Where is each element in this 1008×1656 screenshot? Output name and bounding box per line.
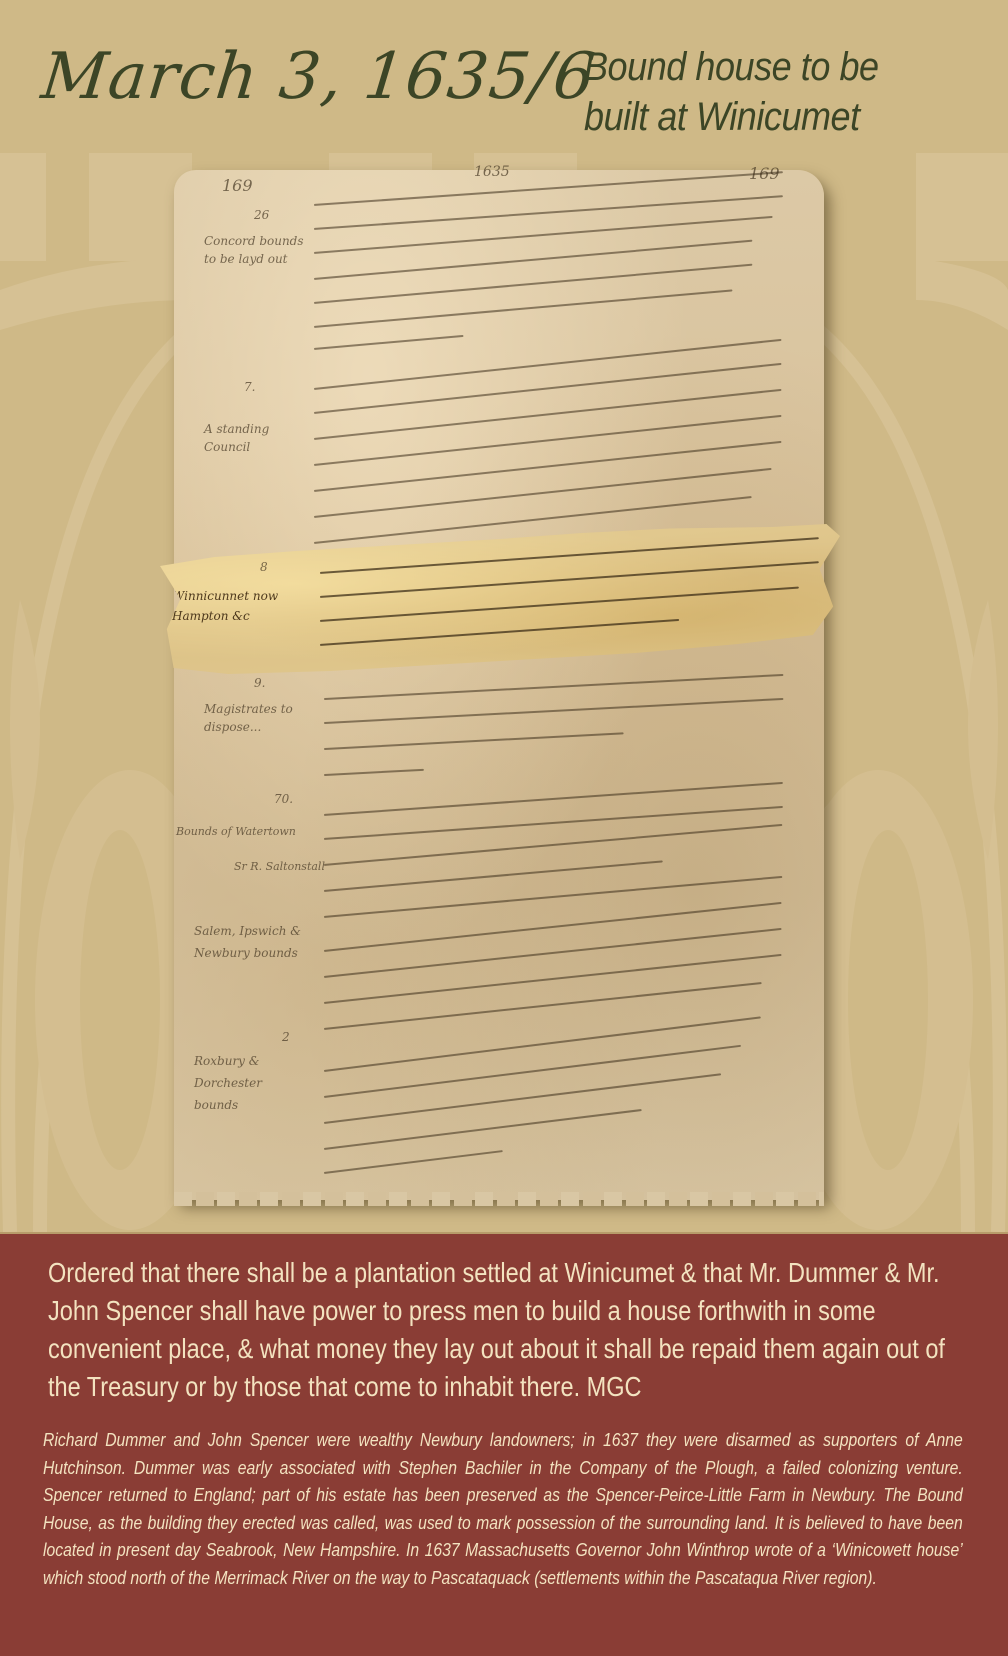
margin-note: Bounds of Watertown xyxy=(176,825,296,838)
margin-note: Sr R. Saltonstall xyxy=(234,860,325,873)
margin-number: 26 xyxy=(254,208,269,222)
page-number-left: 169 xyxy=(222,176,253,195)
margin-note-winnicunnet: Winnicunnet now Hampton &c xyxy=(172,586,292,626)
manuscript-page: 169 1635 169 26 Concord bounds to be lay… xyxy=(174,170,824,1200)
margin-number: 2 xyxy=(282,1030,290,1044)
header: March 3, 1635/6 Bound house to be built … xyxy=(0,0,1008,152)
margin-note: Roxbury & Dorchester bounds xyxy=(194,1050,304,1116)
subject-title-line-1: Bound house to be xyxy=(584,42,879,92)
caption-panel: Ordered that there shall be a plantation… xyxy=(0,1232,1008,1656)
margin-number: 7. xyxy=(244,380,255,394)
margin-number: 9. xyxy=(254,676,265,690)
subject-title: Bound house to be built at Winicumet xyxy=(584,42,879,142)
margin-number: 70. xyxy=(274,792,293,806)
manuscript-image: 169 1635 169 26 Concord bounds to be lay… xyxy=(174,164,834,1204)
torn-edge xyxy=(174,1192,824,1206)
margin-number: 8 xyxy=(260,560,268,574)
subject-title-line-2: built at Winicumet xyxy=(584,92,879,142)
page-year: 1635 xyxy=(474,164,510,180)
margin-note: Concord bounds to be layd out xyxy=(204,232,304,268)
margin-note: Magistrates to dispose... xyxy=(204,700,314,736)
margin-note: A standing Council xyxy=(204,420,294,456)
court-order-quote: Ordered that there shall be a plantation… xyxy=(48,1254,968,1406)
date-title: March 3, 1635/6 xyxy=(38,40,599,114)
historical-description: Richard Dummer and John Spencer were wea… xyxy=(43,1426,963,1591)
margin-note: Salem, Ipswich & Newbury bounds xyxy=(194,920,304,964)
